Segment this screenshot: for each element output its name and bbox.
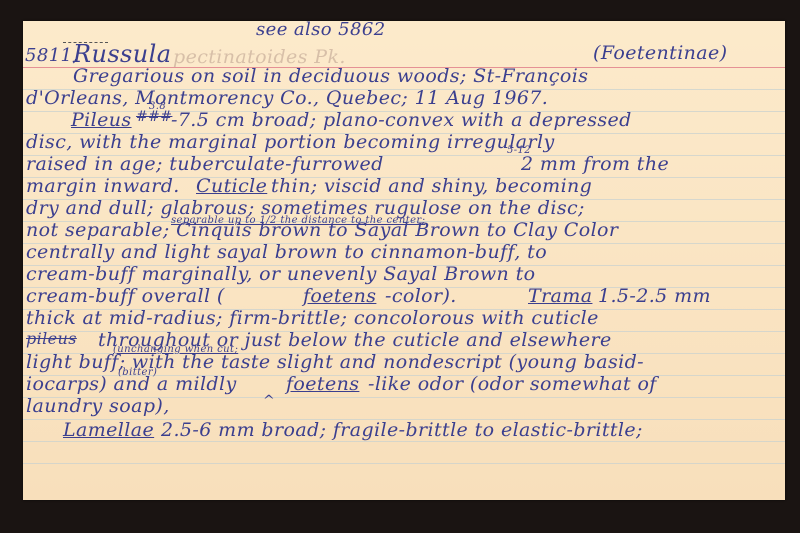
text-line-16: laundry soap), [26,395,170,417]
section-name: (Foetentinae) [593,42,728,64]
card-number: 5811, [25,45,79,66]
text-line-11c: 1.5-2.5 mm [598,285,711,307]
foetens-label-2: foetens [286,373,359,395]
text-line-6: margin inward. [26,175,180,197]
text-line-10: cream-buff marginally, or unevenly Sayal… [26,263,535,285]
text-line-8: not separable; Cinquis brown to Sayal Br… [26,219,618,241]
text-line-11: cream-buff overall ( [26,285,225,307]
pileus-label: Pileus [71,109,132,131]
struck-text: ### [136,109,172,125]
genus-name: Russula [73,40,171,68]
trama-label: Trama [528,285,592,307]
cuticle-label: Cuticle [196,175,267,197]
text-line-6b: thin; viscid and shiny, becoming [271,175,592,197]
see-also-note: see also 5862 [256,19,386,40]
text-line-5: raised in age; tuberculate-furrowed [26,153,384,175]
lamellae-label: Lamellae [63,419,154,441]
text-line-5b: 2 mm from the [521,153,669,175]
text-line-15b: -like odor (odor somewhat of [368,373,657,395]
text-line-11b: -color). [385,285,457,307]
text-line-15: iocarps) and a mildly [26,373,237,395]
foetens-label: foetens [303,285,376,307]
text-line-12: thick at mid-radius; firm-brittle; conco… [26,307,599,329]
struck-word: pileus [26,329,77,348]
blue-rule [23,441,785,442]
text-line-2: d'Orleans, Montmorency Co., Quebec; 11 A… [26,87,548,109]
text-line-17: 2.5-6 mm broad; fragile-brittle to elast… [161,419,643,441]
text-line-1: Gregarious on soil in deciduous woods; S… [73,65,588,87]
text-line-3: -7.5 cm broad; plano-convex with a depre… [171,109,632,131]
text-line-4: disc, with the marginal portion becoming… [26,131,555,153]
herbarium-index-card: see also 5862 5811, Russula pectinatoide… [23,21,785,500]
text-line-9: centrally and light sayal brown to cinna… [26,241,547,263]
caret-mark: ^ [263,393,275,409]
blue-rule [23,463,785,464]
